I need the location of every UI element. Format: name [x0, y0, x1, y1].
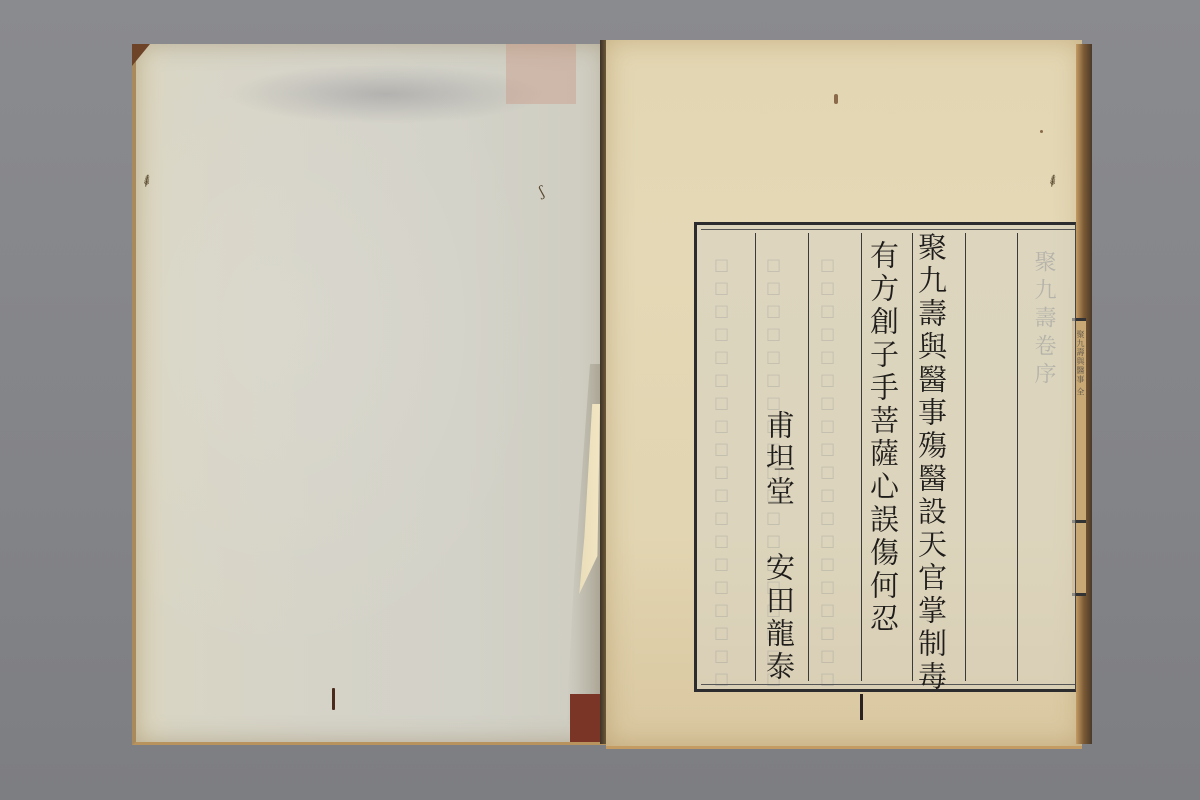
show-through-text: □□□□□□□□□□□□□□□□□□□: [817, 255, 837, 692]
left-page-endpaper: ⸙ ʃ: [132, 44, 606, 745]
column-rule: [1017, 233, 1018, 681]
faded-seal-stamp: [506, 44, 576, 104]
frame-inner-rule: [701, 684, 1075, 685]
title-column-2: 有方創子手菩薩心誤傷何忍: [866, 240, 900, 636]
author-name: 安田龍泰: [762, 552, 796, 684]
column-rule: [965, 233, 966, 681]
column-rule: [808, 233, 809, 681]
ink-mark: [332, 688, 335, 710]
show-through-title: 聚九壽卷序: [1028, 250, 1059, 390]
title-column-1: 聚九壽與醫事殤醫設天官掌制毒: [914, 232, 948, 694]
corner-cover-binding: [132, 44, 150, 66]
scan-background: ⸙ ʃ ⸙ 聚九壽與醫事 全 □□□□□□□□□□□□□□□□□□□ □□□□□…: [0, 0, 1200, 800]
column-rule: [755, 233, 756, 681]
binding-thread-icon: ⸙: [136, 166, 157, 193]
insect-mark-icon: ʃ: [537, 184, 546, 200]
column-rule: [912, 233, 913, 681]
publisher-name: 甫坦堂: [762, 410, 796, 509]
ink-spot: [1040, 130, 1043, 133]
binding-thread-icon: ⸙: [1042, 166, 1063, 193]
water-stain: [226, 64, 546, 124]
show-through-text: □□□□□□□□□□□□□□□□□□□: [711, 255, 731, 692]
ink-spot: [834, 94, 838, 104]
frame-inner-rule: [701, 229, 1075, 230]
column-rule: [861, 233, 862, 681]
ink-mark: [860, 694, 863, 720]
